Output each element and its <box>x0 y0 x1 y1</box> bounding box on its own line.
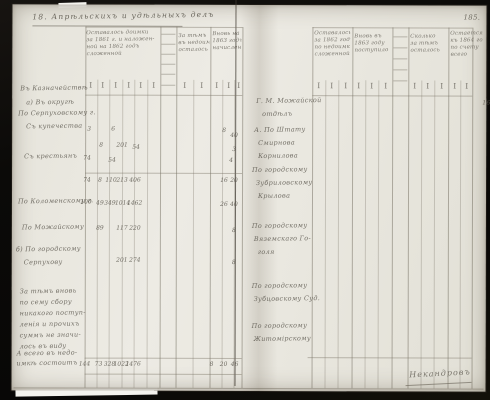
column-header-line: сложенной <box>87 50 159 58</box>
right-row-label: Зубцовскому Суд. <box>254 294 321 303</box>
left-row-label: Въ Казначействѣ <box>20 83 88 92</box>
column-group-header: Вновь въ1863 годупоступило <box>354 33 390 55</box>
amount-cell: 89 <box>93 225 107 232</box>
grid-line-vertical <box>472 28 474 389</box>
column-group-header: Вновь на1863 годъначислено <box>212 31 241 52</box>
left-row-label: Серпухову <box>24 258 63 267</box>
amount-cell: 40 <box>227 132 241 139</box>
paper-edge-nick-top <box>58 2 86 8</box>
narrow-column-text-stroke <box>161 54 175 55</box>
amount-cell: 8 <box>94 142 108 149</box>
right-first-cell-value: 16. <box>482 100 490 107</box>
folio-number: 185. <box>463 14 480 22</box>
right-row-label: Крылова <box>258 192 290 200</box>
narrow-column-text-stroke <box>161 64 175 65</box>
right-row-label: По городскому <box>252 281 308 290</box>
column-cap-mark: I <box>114 81 117 90</box>
amount-cell: 3 <box>82 125 96 132</box>
left-row-label: По Серпуховскому г. <box>18 108 96 117</box>
ledger-scan: 18. Апрѣльскихъ и удѣльныхъ делъ 185. 16… <box>0 0 490 400</box>
amount-cell: 406 <box>128 177 142 184</box>
narrow-column-text-stroke <box>393 69 407 70</box>
column-cap-mark: I <box>152 81 155 90</box>
grid-line-vertical <box>365 80 367 388</box>
amount-cell: 54 <box>129 144 143 151</box>
narrow-column-text-stroke <box>161 85 175 86</box>
right-row-label: А. По Штату <box>254 125 306 134</box>
column-cap-mark: I <box>139 81 142 90</box>
amount-cell: 4 <box>224 157 238 164</box>
right-row-label: По городскому <box>252 321 308 330</box>
narrow-column-text-stroke <box>393 80 407 81</box>
narrow-column-text-stroke <box>393 47 407 48</box>
grid-line-vertical <box>235 0 237 386</box>
totals-label-line: А всего въ недо- <box>16 348 77 357</box>
column-cap-mark: I <box>384 81 387 90</box>
grid-line-vertical <box>160 27 162 388</box>
paper: 18. Апрѣльскихъ и удѣльныхъ делъ 185. 16… <box>11 4 486 391</box>
left-row-label: а) Въ округѣ <box>26 98 74 107</box>
amount-cell: 213 <box>115 177 129 184</box>
left-row-label: б) По городскому <box>16 244 81 253</box>
column-header-line: всего <box>451 51 483 58</box>
column-cap-mark: I <box>453 82 456 91</box>
grid-line-vertical <box>434 80 436 388</box>
amount-cell: 54 <box>105 157 119 164</box>
column-cap-mark: I <box>344 81 347 90</box>
column-cap-mark: I <box>183 81 186 90</box>
grid-line-vertical <box>352 27 354 388</box>
column-group-header: Остаетсякъ 1864 годупо счетувсего <box>450 30 482 58</box>
right-row-label: Г. М. Можайской <box>256 96 321 105</box>
narrow-column-text-stroke <box>393 36 407 37</box>
column-header-line: начислено <box>212 45 241 52</box>
grid-line-vertical <box>193 80 195 388</box>
column-cap-mark: I <box>426 81 429 90</box>
signature-flourish <box>406 382 472 386</box>
grid-line-vertical <box>392 27 394 388</box>
paragraph-line: ленія и прочихъ <box>20 320 80 329</box>
column-cap-mark: I <box>317 81 320 90</box>
right-row-label: По городскому <box>252 165 308 174</box>
signature: Некандровъ <box>409 367 471 379</box>
totals-cell: 144 <box>78 360 92 367</box>
column-cap-mark: I <box>215 81 218 90</box>
column-header-line: осталось <box>178 47 209 54</box>
grid-line-vertical <box>312 27 314 388</box>
column-header-line: осталось <box>410 47 446 55</box>
right-row-label: голя <box>258 248 275 256</box>
amount-cell: 201 <box>115 142 129 149</box>
grid-line-horizontal <box>308 357 472 358</box>
column-cap-mark: I <box>227 81 230 90</box>
column-group-header: Оставалось доимкиза 1861 г. и наложен-но… <box>86 29 158 58</box>
grid-line-vertical <box>460 81 462 389</box>
narrow-column-text-stroke <box>161 74 175 75</box>
column-header-line: поступило <box>354 47 390 55</box>
column-cap-mark: I <box>465 82 468 91</box>
amount-cell: 274 <box>128 257 142 264</box>
amount-cell: 40 <box>227 201 241 208</box>
left-row-label: Съ крестьянъ <box>24 152 77 161</box>
column-cap-mark: I <box>357 81 360 90</box>
grid-line-vertical <box>408 27 410 388</box>
right-row-label: отдѣлъ <box>262 110 292 118</box>
amount-cell: 100 <box>79 198 93 205</box>
amount-cell: 220 <box>128 225 142 232</box>
column-cap-mark: I <box>127 81 130 90</box>
right-row-label: Корнилова <box>258 151 298 160</box>
totals-cell: 46 <box>228 361 242 368</box>
grid-line-vertical <box>338 80 340 388</box>
paragraph-line: по сему сбору <box>20 298 72 307</box>
grid-line-vertical <box>85 27 87 388</box>
column-cap-mark: I <box>89 81 92 90</box>
narrow-column-text-stroke <box>161 44 175 45</box>
column-group-header: Сколькоза тѣмъосталось <box>410 33 446 55</box>
grid-line-vertical <box>378 80 380 388</box>
totals-cell: 1476 <box>126 361 140 368</box>
grid-line-vertical <box>176 27 178 388</box>
amount-cell: 3 <box>227 146 241 153</box>
column-cap-mark: I <box>330 81 333 90</box>
amount-cell: 74 <box>80 154 94 161</box>
paragraph-line: никакого поступ- <box>20 308 86 317</box>
grid-line-vertical <box>210 27 212 388</box>
right-row-label: По городскому <box>252 221 308 230</box>
column-header-line: сложенной <box>315 51 351 59</box>
amount-cell: 8 <box>227 259 241 266</box>
amount-cell: 8 <box>227 227 241 234</box>
column-group-header: За тѣмъвъ недоимкѣосталось <box>178 33 209 54</box>
grid-line-vertical <box>97 80 99 388</box>
column-cap-mark: I <box>237 81 240 90</box>
narrow-column-text-stroke <box>161 34 175 35</box>
left-row-label: По Можайскому <box>22 222 84 231</box>
column-cap-mark: I <box>440 82 443 91</box>
left-row-label: Съ купечества <box>26 122 82 131</box>
amount-cell: 1462 <box>127 200 141 207</box>
right-row-label: Зубриловскому <box>256 178 313 187</box>
grid-line-horizontal <box>85 27 242 28</box>
grid-line-vertical <box>325 80 327 388</box>
right-row-label: Житомірскому <box>254 334 312 343</box>
grid-line-horizontal <box>312 27 472 28</box>
page-title: 18. Апрѣльскихъ и удѣльныхъ делъ <box>32 10 214 22</box>
right-row-label: Вяземскаго Го- <box>254 234 311 243</box>
amount-cell: 201 <box>115 257 129 264</box>
totals-label-line: имкѣ состоитъ <box>16 358 77 367</box>
paragraph-line: суммъ не значи- <box>20 330 82 339</box>
column-cap-mark: I <box>200 81 203 90</box>
amount-cell: 74 <box>80 176 94 183</box>
amount-cell: 117 <box>115 225 129 232</box>
column-cap-mark: I <box>101 81 104 90</box>
column-group-header: Оставалосьза 1862 годъпо недоимкѣсложенн… <box>314 30 350 59</box>
narrow-column-text-stroke <box>393 58 407 59</box>
grid-line-vertical <box>147 80 149 388</box>
column-cap-mark: I <box>413 81 416 90</box>
grid-line-vertical <box>421 80 423 388</box>
grid-line-vertical <box>448 28 450 389</box>
column-cap-mark: I <box>370 81 373 90</box>
amount-cell: 6 <box>106 126 120 133</box>
paper-edge-nick-bottom <box>15 388 157 397</box>
grid-line-horizontal <box>312 95 472 96</box>
amount-cell: 20 <box>227 177 241 184</box>
right-row-label: Смирнова <box>258 138 295 147</box>
grid-line-vertical <box>134 80 136 388</box>
grid-line-vertical <box>122 80 124 388</box>
paragraph-line: За тѣмъ вновь <box>20 287 77 296</box>
